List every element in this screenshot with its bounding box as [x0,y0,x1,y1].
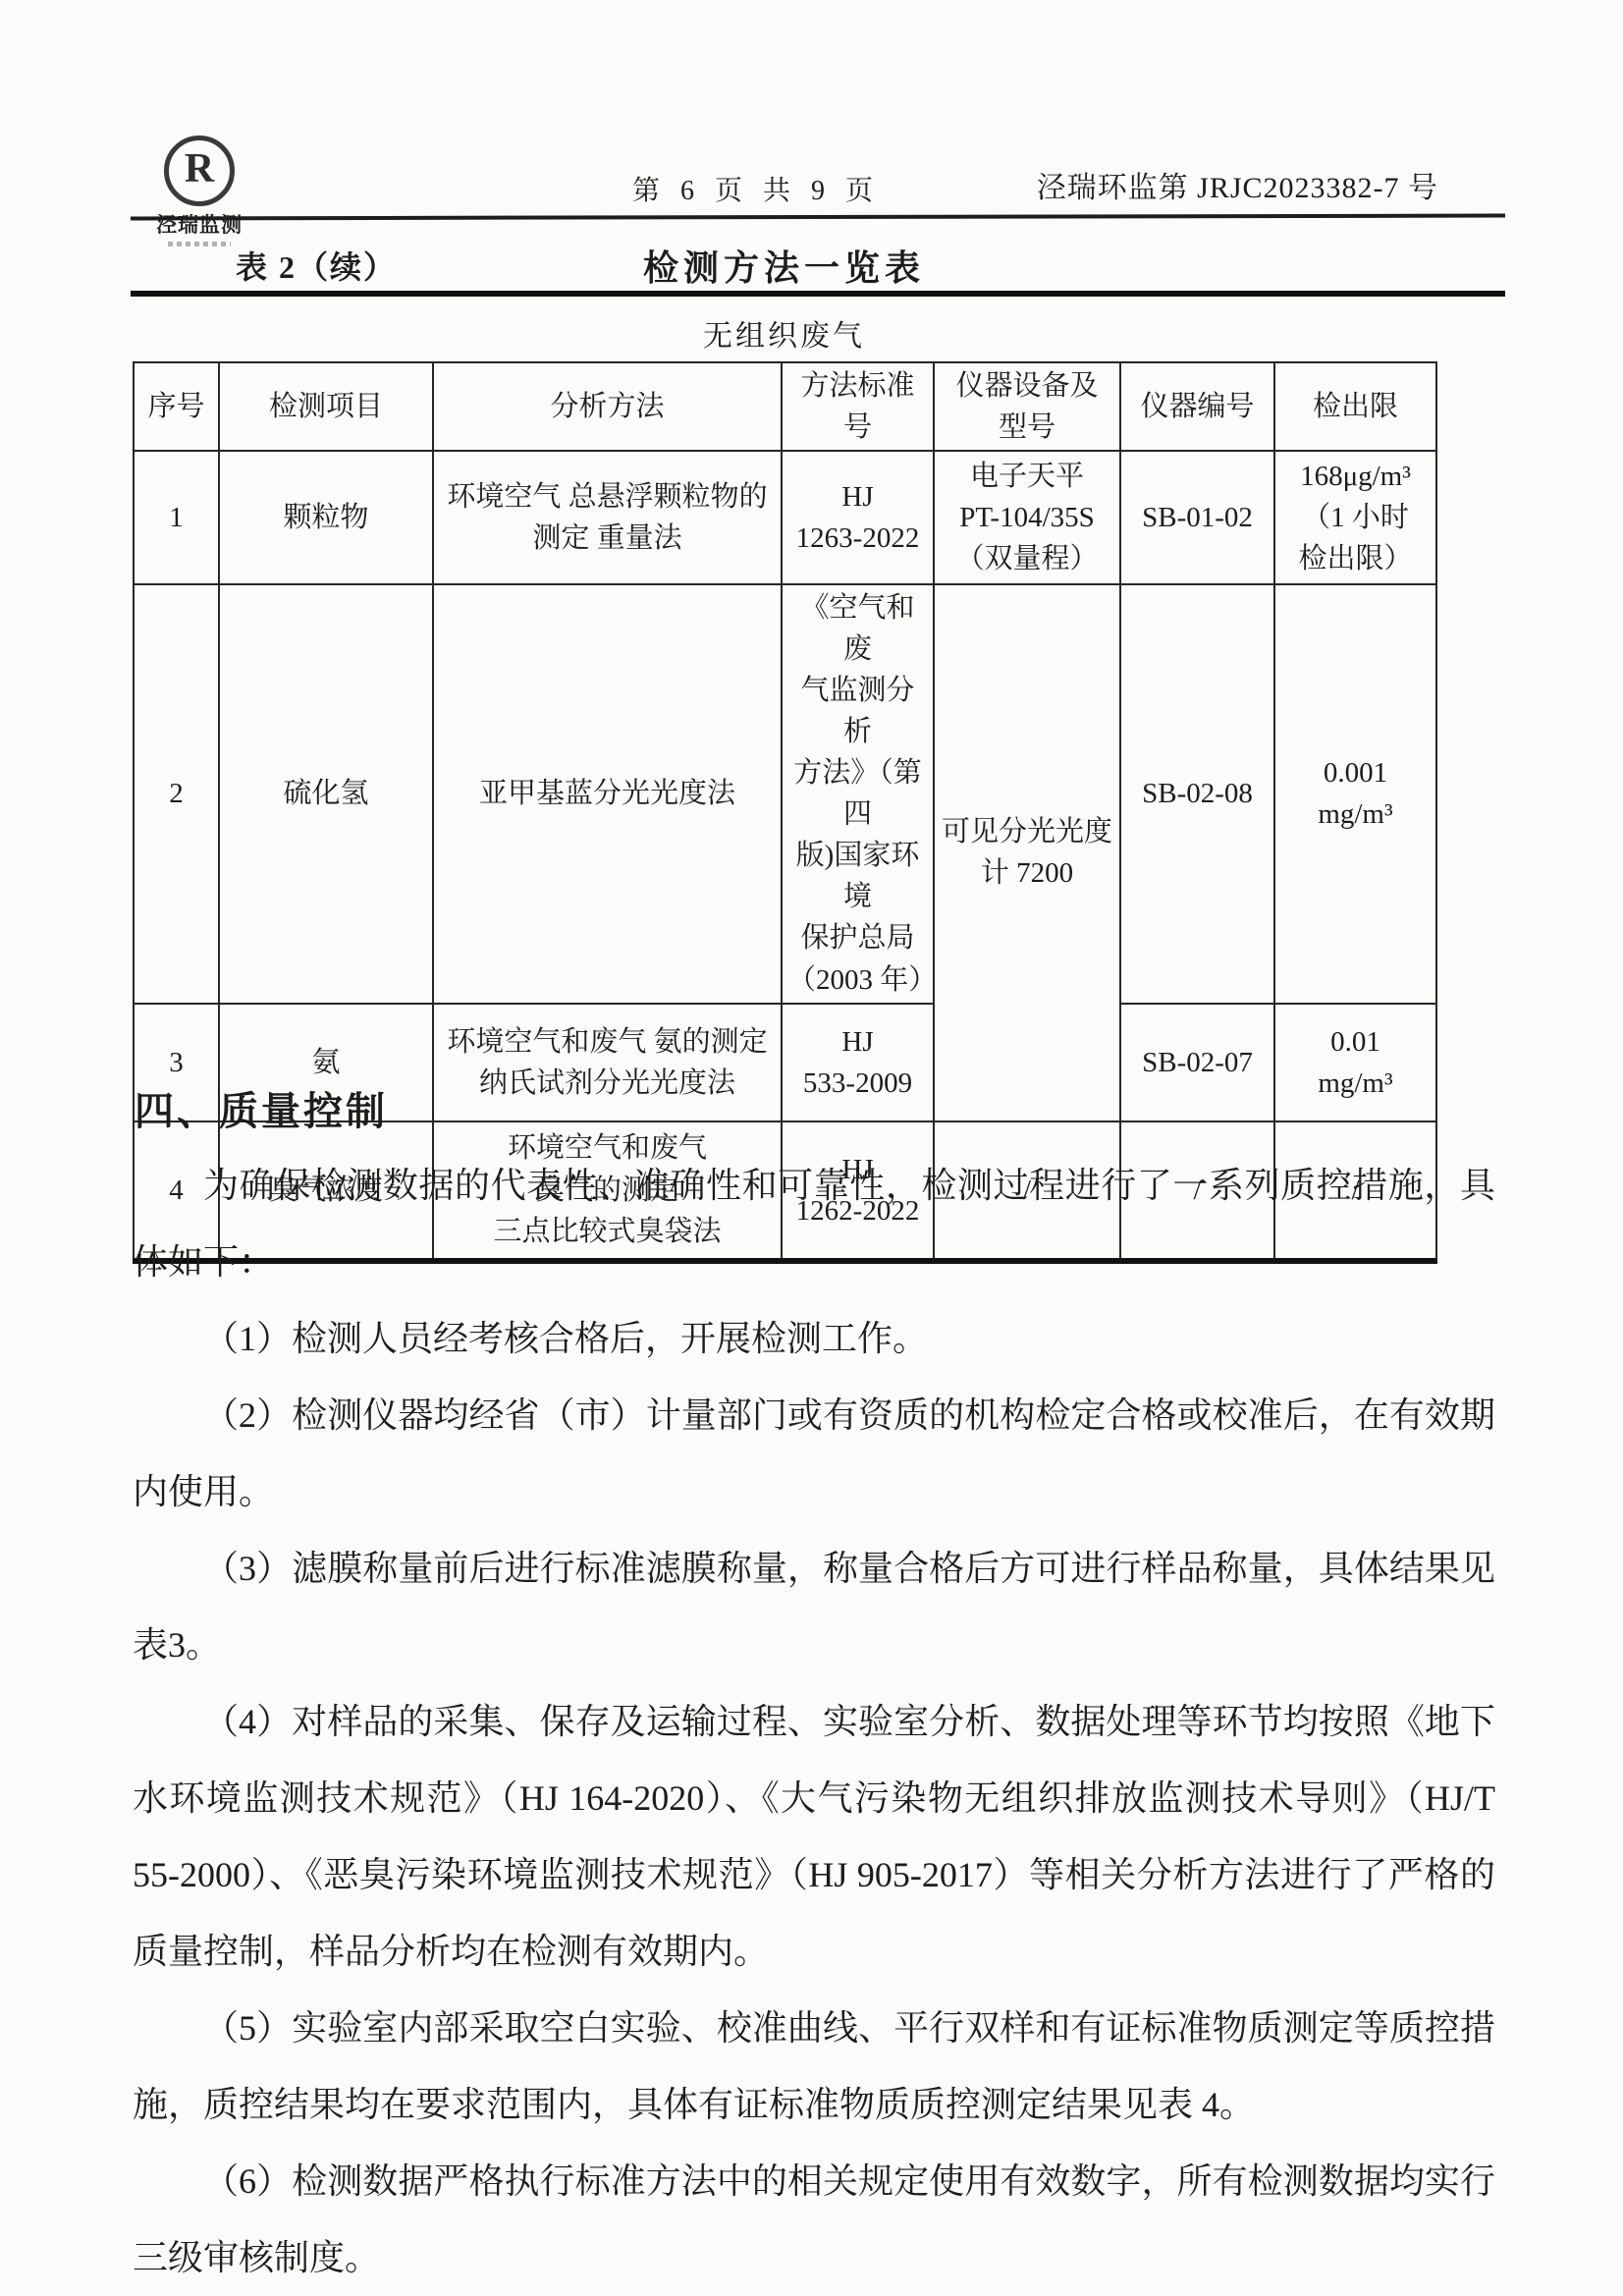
cell-limit: 0.001 mg/m³ [1274,584,1436,1003]
body-paragraph: （4）对样品的采集、保存及运输过程、实验室分析、数据处理等环节均按照《地下水环境… [133,1683,1495,1990]
col-header-item: 检测项目 [219,362,433,451]
col-header-instrument: 仪器设备及 型号 [934,362,1120,451]
logo-jr-icon: R [164,136,235,206]
logo-text: 泾瑞监测 [152,209,246,239]
col-header-limit: 检出限 [1274,362,1436,451]
report-number: 泾瑞环监第 JRJC2023382-7 号 [1037,163,1438,206]
cell-method: 环境空气 总悬浮颗粒物的 测定 重量法 [433,451,782,584]
page-title: 检测方法一览表 [133,241,1435,291]
company-logo: R 泾瑞监测 [152,136,246,246]
cell-instrument: 电子天平 PT-104/35S （双量程） [934,451,1120,584]
cell-no: 2 [134,584,219,1003]
col-header-standard: 方法标准号 [782,362,934,451]
cell-method: 环境空气和废气 氨的测定 纳氏试剂分光光度法 [433,1004,782,1121]
body-paragraph: （3）滤膜称量前后进行标准滤膜称量，称量合格后方可进行样品称量，具体结果见表3。 [133,1530,1495,1683]
cell-standard: HJ 1263-2022 [782,451,934,584]
table-header-row: 序号 检测项目 分析方法 方法标准号 仪器设备及 型号 仪器编号 检出限 [134,362,1436,451]
body-paragraph: （5）实验室内部采取空白实验、校准曲线、平行双样和有证标准物质测定等质控措施，质… [133,1990,1495,2143]
table-row: 1 颗粒物 环境空气 总悬浮颗粒物的 测定 重量法 HJ 1263-2022 电… [134,451,1436,584]
cell-item: 颗粒物 [219,451,433,584]
cell-standard: 《空气和废 气监测分析 方法》（第四 版)国家环境 保护总局 （2003 年） [782,584,934,1003]
body-paragraph: （6）检测数据严格执行标准方法中的相关规定使用有效数字，所有检测数据均实行三级审… [133,2143,1495,2296]
cell-item: 硫化氢 [219,584,433,1003]
cell-code: SB-02-07 [1120,1004,1274,1121]
table-subtitle: 无组织废气 [133,311,1435,355]
body-paragraph: （2）检测仪器均经省（市）计量部门或有资质的机构检定合格或校准后，在有效期内使用… [133,1377,1495,1530]
col-header-code: 仪器编号 [1120,362,1274,451]
table-row: 2 硫化氢 亚甲基蓝分光光度法 《空气和废 气监测分析 方法》（第四 版)国家环… [134,584,1436,1003]
col-header-no: 序号 [134,362,219,451]
section-body: 为确保检测数据的代表性、准确性和可靠性，检测过程进行了一系列质控措施，具体如下：… [133,1147,1495,2296]
body-paragraph: （1）检测人员经考核合格后，开展检测工作。 [133,1300,1495,1377]
cell-code: SB-02-08 [1120,584,1274,1003]
section-heading: 四、质量控制 [135,1080,388,1136]
page-number: 第 6 页 共 9 页 [511,169,1001,208]
cell-limit: 168μg/m³ （1 小时 检出限） [1274,451,1436,584]
body-paragraph: 为确保检测数据的代表性、准确性和可靠性，检测过程进行了一系列质控措施，具体如下： [133,1147,1495,1300]
cell-standard: HJ 533-2009 [782,1004,934,1121]
cell-instrument-merged: 可见分光光度 计 7200 [934,584,1120,1121]
logo-monogram: R [185,146,214,191]
cell-code: SB-01-02 [1120,451,1274,584]
cell-method: 亚甲基蓝分光光度法 [433,584,782,1003]
cell-no: 1 [134,451,219,584]
title-divider [131,291,1505,297]
document-page: R 泾瑞监测 第 6 页 共 9 页 泾瑞环监第 JRJC2023382-7 号… [0,0,1623,2296]
header-divider [131,214,1505,221]
col-header-method: 分析方法 [433,362,782,451]
cell-limit: 0.01 mg/m³ [1274,1004,1436,1121]
